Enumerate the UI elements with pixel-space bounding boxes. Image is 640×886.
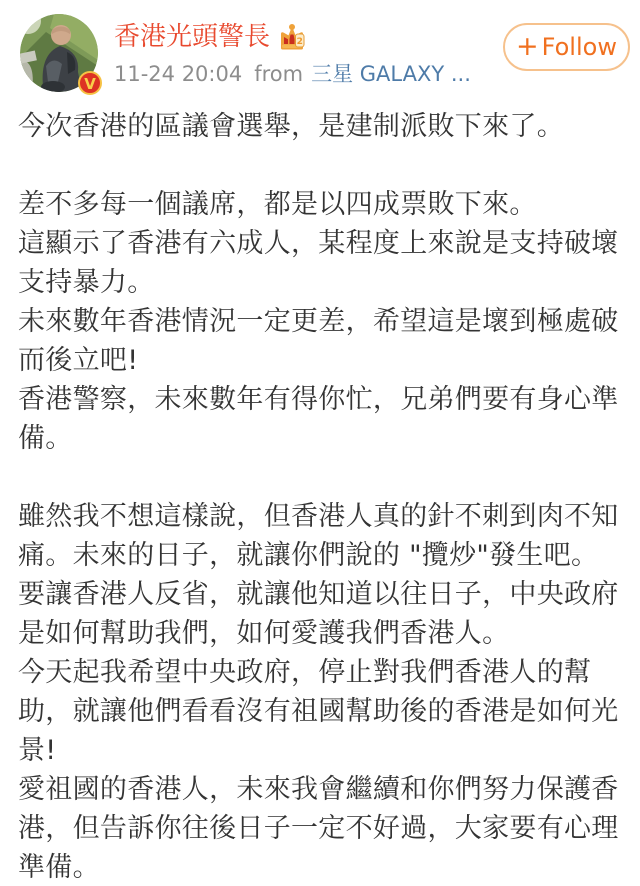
timestamp: 11-24 20:04	[114, 62, 242, 86]
avatar[interactable]: V	[20, 14, 98, 92]
post-meta: 11-24 20:04from三星 GALAXY ...	[114, 62, 503, 86]
weibo-post: V 香港光頭警長 2 11-24 20:04	[0, 0, 640, 886]
username-row: 香港光頭警長 2	[114, 22, 503, 52]
source-link[interactable]: 三星 GALAXY ...	[311, 62, 471, 86]
from-label: from	[254, 62, 303, 86]
post-header: V 香港光頭警長 2 11-24 20:04	[0, 0, 640, 92]
follow-button[interactable]: + Follow	[503, 23, 630, 71]
verified-v-icon: V	[78, 71, 102, 95]
svg-text:2: 2	[297, 37, 303, 47]
post-text: 今次香港的區議會選舉，是建制派敗下來了。 差不多每一個議席，都是以四成票敗下來。…	[0, 92, 640, 886]
plus-icon: +	[516, 31, 539, 62]
header-info: 香港光頭警長 2 11-24 20:04from三星 GALAXY ...	[114, 14, 503, 86]
username-link[interactable]: 香港光頭警長	[114, 22, 270, 52]
vip-crown-icon: 2	[278, 23, 308, 51]
follow-button-label: Follow	[542, 33, 617, 61]
